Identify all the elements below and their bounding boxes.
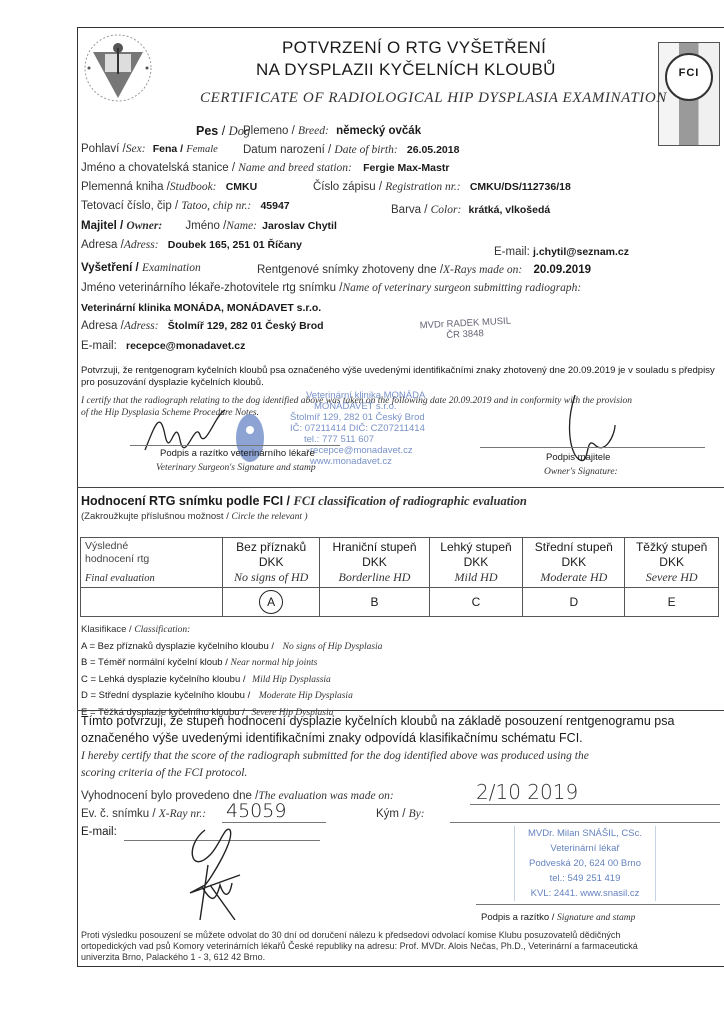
grade-d-letter[interactable]: D	[569, 595, 578, 609]
kvl-logo-icon	[83, 32, 153, 104]
grade-dkk: DKK	[322, 555, 426, 570]
owner-email-row: E-mail: j.chytil@seznam.cz	[494, 246, 629, 258]
classification-cz: A = Bez příznaků dysplazie kyčelního klo…	[81, 641, 274, 652]
vet-name-value: Veterinární klinika MONÁDA, MONÁDAVET s.…	[81, 302, 321, 314]
dob-row: Datum narození / Date of birth: 26.05.20…	[243, 144, 459, 156]
owner-heading-en: Owner:	[126, 220, 162, 232]
evaluator-stamp-line: Podveská 20, 624 00 Brno	[515, 856, 655, 871]
xray-nr-row: Ev. č. snímku / X-Ray nr.:	[81, 808, 206, 820]
confirmation-text-cz: Potvrzuji, že rentgenogram kyčelních klo…	[81, 365, 721, 389]
evaluation-instruction: (Zakroužkujte příslušnou možnost / Circl…	[81, 511, 308, 522]
registration-row: Číslo zápisu / Registration nr.: CMKU/DS…	[313, 181, 571, 193]
owner-row: Majitel / Owner: Jméno /Name: Jaroslav C…	[81, 220, 337, 232]
examination-heading: Vyšetření / Examination	[81, 262, 201, 274]
grade-header-row: Výsledné hodnocení rtg Final evaluation …	[81, 538, 719, 588]
grade-b-header: Hraniční stupeňDKKBorderline HD	[320, 538, 429, 588]
appeal-note: Proti výsledku posouzení se můžete odvol…	[81, 930, 638, 963]
vet-email-row: E-mail: recepce@monadavet.cz	[81, 340, 245, 352]
evaluator-email-label: E-mail:	[81, 826, 117, 838]
owner-name-value: Jaroslav Chytil	[262, 220, 337, 232]
color-value: krátká, vlkošedá	[469, 204, 551, 216]
sex-label: Pohlaví /	[81, 143, 126, 155]
title-line-1: POTVRZENÍ O RTG VYŠETŘENÍ	[282, 38, 546, 58]
grade-en: Moderate HD	[525, 570, 622, 585]
vet-address-row: Adresa /Adress: Štolmíř 129, 282 01 Česk…	[81, 320, 324, 332]
clinic-stamp-line: MONADAVET s.r.o.	[290, 401, 425, 412]
xray-nr-value[interactable]: 45059	[226, 800, 286, 822]
evaluator-signature-icon	[180, 825, 260, 925]
examination-label-en: Examination	[142, 262, 201, 274]
signature-stamp-label: Podpis a razítko /	[481, 912, 554, 923]
sex-value: Fena /	[153, 143, 183, 155]
evaluation-heading-en: FCI classification of radiographic evalu…	[294, 494, 527, 508]
grade-dkk: DKK	[627, 555, 716, 570]
evaluator-stamp-line: Veterinární lékař	[515, 841, 655, 856]
xray-date-row: Rentgenové snímky zhotoveny dne /X-Rays …	[257, 264, 591, 276]
grade-e-header: Těžký stupeňDKKSevere HD	[625, 538, 719, 588]
registration-label: Číslo zápisu /	[313, 181, 382, 193]
certification-text-cz: Tímto potvrzuji, že stupeň hodnocení dys…	[81, 713, 674, 747]
title-line-2: NA DYSPLAZII KYČELNÍCH KLOUBŮ	[256, 60, 556, 80]
owner-heading: Majitel /	[81, 220, 123, 232]
sex-value-en: Female	[186, 144, 218, 155]
grade-c-cell[interactable]: C	[429, 588, 523, 617]
grade-en: No signs of HD	[225, 570, 317, 585]
fci-text: FCI	[667, 67, 711, 79]
yin-yang-stamp-icon	[228, 410, 272, 471]
name-label-en: Name and breed station:	[238, 162, 352, 174]
vet-email-value: recepce@monadavet.cz	[126, 340, 245, 352]
studbook-row: Plemenná kniha /Studbook: CMKU	[81, 181, 257, 193]
classification-list: Klasifikace / Classification: A = Bez př…	[81, 622, 382, 721]
dog-label-cz: Pes	[196, 124, 218, 138]
owner-address-label-en: Adress:	[124, 239, 159, 251]
row-label-line-1: Výsledné	[85, 540, 220, 553]
grade-cz: Střední stupeň	[525, 540, 622, 555]
grade-c-header: Lehký stupeňDKKMild HD	[429, 538, 523, 588]
xray-nr-label-en: X-Ray nr.:	[159, 808, 206, 820]
evaluation-heading-cz: Hodnocení RTG snímku podle FCI /	[81, 494, 290, 508]
studbook-label-en: Studbook:	[170, 181, 217, 193]
dob-label: Datum narození /	[243, 144, 331, 156]
grade-b-letter[interactable]: B	[370, 595, 378, 609]
chip-value: 45947	[260, 200, 289, 212]
classification-en: Near normal hip joints	[231, 658, 318, 668]
evaluator-stamp-line: KVL: 2441. www.snasil.cz	[515, 886, 655, 901]
evaluator-stamp-line: tel.: 549 251 419	[515, 871, 655, 886]
owner-email-label: E-mail:	[494, 246, 530, 258]
classification-en: Moderate Hip Dysplasia	[259, 691, 353, 701]
chip-label-en: Tatoo, chip nr.:	[181, 200, 251, 212]
vet-email-label: E-mail:	[81, 340, 117, 352]
certification-en-line-1: I hereby certify that the score of the r…	[81, 748, 589, 765]
grade-dkk: DKK	[432, 555, 521, 570]
breed-row: Plemeno / Breed: německý ovčák	[243, 125, 421, 137]
vet-name-label-en: Name of veterinary surgeon submitting ra…	[342, 282, 581, 294]
grade-en: Severe HD	[627, 570, 716, 585]
xray-nr-label: Ev. č. snímku /	[81, 808, 156, 820]
clinic-stamp-line: tel.: 777 511 607	[290, 434, 425, 445]
grade-dkk: DKK	[525, 555, 622, 570]
breed-label: Plemeno /	[243, 125, 295, 137]
owner-signature-label-en: Owner's Signature:	[544, 467, 618, 477]
grade-dkk: DKK	[225, 555, 317, 570]
row-label-en: Final evaluation	[85, 572, 220, 585]
registration-label-en: Registration nr.:	[385, 181, 460, 193]
breed-label-en: Breed:	[298, 125, 329, 137]
vet-name-label-row: Jméno veterinárního lékaře-zhotovitele r…	[81, 282, 581, 294]
signature-stamp-label-en: Signature and stamp	[557, 913, 635, 923]
grade-letter-row: A B C D E	[81, 588, 719, 617]
vet-signature-label-en: Veterinary Surgeon's Signature and stamp	[156, 463, 316, 473]
xray-date-value: 20.09.2019	[533, 264, 591, 276]
appeal-line-2: ortopedických vad psů Komory veterinární…	[81, 941, 638, 952]
certification-cz-line-2: označeného výše uvedenými identifikačním…	[81, 730, 674, 747]
dob-value: 26.05.2018	[407, 144, 460, 156]
classification-cz: B = Téměř normální kyčelní kloub /	[81, 657, 228, 668]
by-label-en: By:	[409, 808, 425, 820]
owner-name-label-en: Name:	[226, 220, 257, 232]
classification-heading: Klasifikace /	[81, 624, 132, 635]
clinic-stamp-line: Veterinární klinika MONÁDA	[290, 390, 425, 401]
owner-address-row: Adresa /Adress: Doubek 165, 251 01 Říčan…	[81, 239, 302, 251]
color-label-en: Color:	[431, 204, 462, 216]
grade-cz: Těžký stupeň	[627, 540, 716, 555]
sex-row: Pohlaví /Sex: Fena / Female	[81, 143, 218, 155]
clinic-stamp-line: Štolmíř 129, 282 01 Český Brod	[290, 412, 425, 423]
grade-c-letter[interactable]: C	[472, 595, 481, 609]
examination-label: Vyšetření /	[81, 262, 139, 274]
owner-signature-label: Podpis majitele	[546, 452, 610, 463]
final-evaluation-label: Výsledné hodnocení rtg Final evaluation	[81, 538, 223, 588]
eval-date-value[interactable]: 2/10 2019	[476, 780, 578, 804]
grade-a-cell[interactable]: A	[223, 588, 320, 617]
grade-b-cell[interactable]: B	[320, 588, 429, 617]
classification-item: C = Lehká dysplazie kyčelního kloubu / M…	[81, 672, 382, 689]
instruction-cz: (Zakroužkujte příslušnou možnost /	[81, 511, 229, 522]
clinic-stamp-line: IČ: 07211414 DIČ: CZ07211414	[290, 423, 425, 434]
classification-cz: C = Lehká dysplazie kyčelního kloubu /	[81, 674, 246, 685]
grade-cz: Hraniční stupeň	[322, 540, 426, 555]
breed-value: německý ovčák	[336, 125, 421, 137]
classification-item: D = Střední dysplazie kyčelního kloubu /…	[81, 688, 382, 705]
classification-item: A = Bez příznaků dysplazie kyčelního klo…	[81, 639, 382, 656]
row-label-line-2: hodnocení rtg	[85, 553, 220, 566]
chip-label: Tetovací číslo, čip /	[81, 200, 178, 212]
grade-d-cell[interactable]: D	[523, 588, 625, 617]
vet-signature-label: Podpis a razítko veterinárního lékaře	[160, 448, 315, 459]
certification-text-en: I hereby certify that the score of the r…	[81, 748, 589, 782]
vet-name-label: Jméno veterinárního lékaře-zhotovitele r…	[81, 282, 342, 294]
grade-cz: Bez příznaků	[225, 540, 317, 555]
classification-item: B = Téměř normální kyčelní kloub / Near …	[81, 655, 382, 672]
color-label: Barva /	[391, 204, 427, 216]
grade-en: Borderline HD	[322, 570, 426, 585]
owner-email-value: j.chytil@seznam.cz	[533, 246, 629, 258]
registration-value: CMKU/DS/112736/18	[470, 181, 571, 193]
grade-e-cell[interactable]: E	[625, 588, 719, 617]
grade-table: Výsledné hodnocení rtg Final evaluation …	[80, 537, 719, 617]
name-label: Jméno a chovatelská stanice /	[81, 162, 235, 174]
evaluation-heading: Hodnocení RTG snímku podle FCI / FCI cla…	[81, 494, 527, 509]
color-row: Barva / Color: krátká, vlkošedá	[391, 204, 550, 216]
classification-en: No signs of Hip Dysplasia	[283, 642, 383, 652]
dob-label-en: Date of birth:	[334, 144, 397, 156]
studbook-label: Plemenná kniha /	[81, 181, 170, 193]
certification-cz-line-1: Tímto potvrzuji, že stupeň hodnocení dys…	[81, 713, 674, 730]
grade-a-selected[interactable]: A	[259, 590, 283, 614]
evaluator-signature-label: Podpis a razítko / Signature and stamp	[481, 912, 635, 923]
grade-en: Mild HD	[432, 570, 521, 585]
name-value: Fergie Max-Mastr	[363, 162, 449, 174]
owner-address-value: Doubek 165, 251 01 Říčany	[168, 239, 302, 251]
classification-cz: D = Střední dysplazie kyčelního kloubu /	[81, 690, 250, 701]
evaluator-stamp-line: MVDr. Milan SNÁŠIL, CSc.	[515, 826, 655, 841]
sex-label-en: Sex:	[126, 143, 146, 155]
by-row: Kým / By:	[376, 808, 425, 820]
fci-logo-icon: FCI	[658, 42, 720, 146]
empty-cell	[81, 588, 223, 617]
name-row: Jméno a chovatelská stanice / Name and b…	[81, 162, 449, 174]
owner-address-label: Adresa /	[81, 239, 124, 251]
chip-row: Tetovací číslo, čip / Tatoo, chip nr.: 4…	[81, 200, 290, 212]
appeal-line-3: univerzita Brno, Palackého 1 - 3, 612 42…	[81, 952, 638, 963]
vet-address-label: Adresa /	[81, 320, 124, 332]
grade-d-header: Střední stupeňDKKModerate HD	[523, 538, 625, 588]
xray-date-label-en: X-Rays made on:	[443, 264, 522, 276]
grade-a-header: Bez příznakůDKKNo signs of HD	[223, 538, 320, 588]
studbook-value: CMKU	[226, 181, 258, 193]
grade-cz: Lehký stupeň	[432, 540, 521, 555]
vet-address-value: Štolmíř 129, 282 01 Český Brod	[168, 320, 324, 332]
classification-en: Mild Hip Dysplassia	[252, 675, 331, 685]
classification-heading-en: Classification:	[134, 625, 190, 635]
appeal-line-1: Proti výsledku posouzení se můžete odvol…	[81, 930, 638, 941]
owner-name-label: Jméno /	[185, 220, 226, 232]
grade-e-letter[interactable]: E	[668, 595, 676, 609]
instruction-en: Circle the relevant )	[231, 512, 307, 522]
subtitle: CERTIFICATE OF RADIOLOGICAL HIP DYSPLASI…	[200, 90, 667, 107]
evaluator-stamp: MVDr. Milan SNÁŠIL, CSc. Veterinární lék…	[514, 826, 656, 901]
by-label: Kým /	[376, 808, 405, 820]
xray-date-label: Rentgenové snímky zhotoveny dne /	[257, 264, 443, 276]
vet-address-label-en: Adress:	[124, 320, 159, 332]
